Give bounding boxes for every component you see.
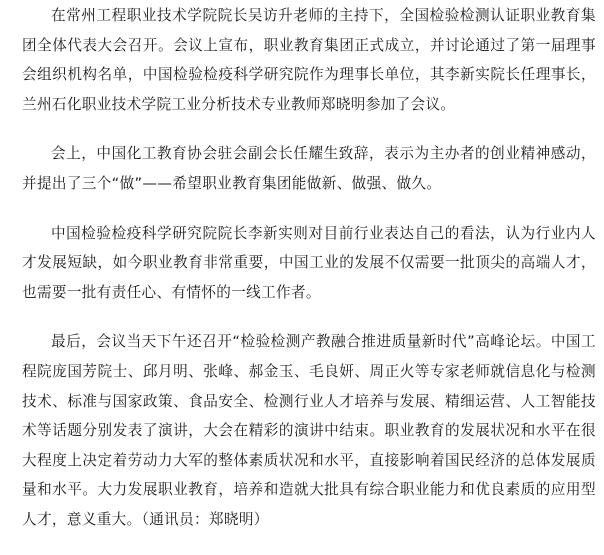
paragraph-speech: 会上，中国化工教育协会驻会副会长任耀生致辞，表示为主办者的创业精神感动，并提出了… bbox=[22, 139, 596, 198]
paragraph-opinion: 中国检验检疫科学研究院院长李新实则对目前行业表达自己的看法，认为行业内人才发展短… bbox=[22, 219, 596, 308]
paragraph-forum: 最后，会议当天下午还召开“检验检测产教融合推进质量新时代”高峰论坛。中国工程院庞… bbox=[22, 327, 596, 524]
news-article: 在常州工程职业技术学院院长吴访升老师的主持下，全国检验检测认证职业教育集团全体代… bbox=[22, 1, 596, 524]
paragraph-opening: 在常州工程职业技术学院院长吴访升老师的主持下，全国检验检测认证职业教育集团全体代… bbox=[22, 1, 596, 119]
